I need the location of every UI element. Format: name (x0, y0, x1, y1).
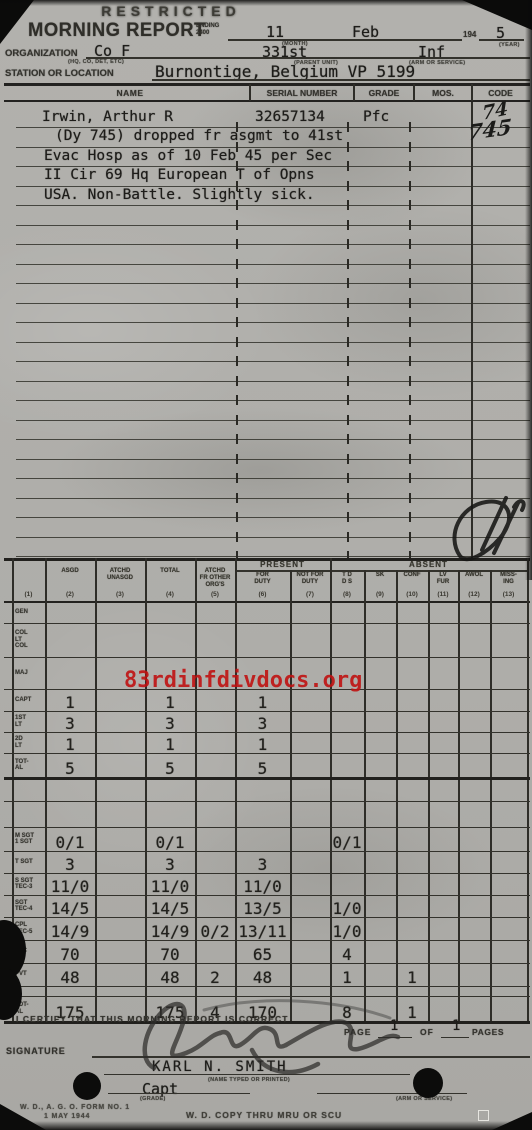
strength-col-number: (13) (490, 591, 527, 598)
strength-row-label: COLLTCOL (15, 630, 28, 650)
strength-col-number: (7) (290, 591, 330, 598)
col-name: NAME (20, 88, 240, 98)
ending-label: ENDING (196, 23, 219, 29)
strength-col-label: T DD S (330, 572, 364, 586)
strength-cell-value: 1 (145, 693, 195, 712)
record-column-tick (409, 142, 411, 152)
record-rule-line (16, 439, 530, 440)
year-prefix: 194 (463, 30, 476, 39)
strength-cell-value: 3 (45, 714, 95, 733)
strength-row-label: SGTTEC-4 (15, 900, 32, 913)
punch-hole-right (413, 1068, 443, 1098)
strength-row-line (4, 917, 530, 918)
strength-col-label: CONF (396, 572, 428, 579)
record-rule-line (16, 283, 530, 284)
record-column-tick (347, 298, 349, 308)
record-column-tick (236, 415, 238, 425)
record-column-tick (347, 122, 349, 132)
record-column-tick (236, 278, 238, 288)
record-column-tick (347, 415, 349, 425)
year-hint: (YEAR) (499, 42, 520, 48)
record-rule-line (16, 342, 530, 343)
strength-row-label: T SGT (15, 859, 33, 866)
watermark-text: 83rdinfdivdocs.org (124, 668, 362, 693)
strength-col-number: (3) (95, 591, 145, 598)
record-column-tick (347, 161, 349, 171)
pages-value: 1 (452, 1018, 460, 1034)
ending-value: 2400 (196, 30, 209, 36)
grade-underline (108, 1093, 250, 1094)
record-column-tick (409, 493, 411, 503)
strength-cell-value: 13/11 (235, 922, 290, 941)
strength-cell-value: 1 (145, 735, 195, 754)
record-column-tick (236, 220, 238, 230)
record-column-tick (236, 337, 238, 347)
strength-row-line (4, 895, 530, 896)
strength-cell-value: 3 (45, 855, 95, 874)
record-column-tick (236, 493, 238, 503)
strength-col-label: SK (364, 572, 396, 579)
strength-cell-value: 14/9 (45, 922, 95, 941)
record-column-tick (409, 259, 411, 269)
record-column-tick (236, 454, 238, 464)
record-rule-line (16, 322, 530, 323)
strength-cell-value: 1 (396, 968, 428, 987)
record-column-tick (409, 356, 411, 366)
strength-row-label: M SGT1 SGT (15, 833, 34, 846)
strength-cell-value: 11/0 (235, 877, 290, 896)
record-column-tick (236, 298, 238, 308)
strength-cell-value: 3 (145, 855, 195, 874)
strength-header-border (4, 601, 530, 603)
strength-row-label: CAPT (15, 697, 31, 704)
strength-row-line (4, 657, 530, 658)
record-rule-line (16, 478, 530, 479)
strength-cell-value: 0/1 (45, 833, 95, 852)
strength-cell-value: 1/0 (330, 922, 364, 941)
strength-col-number: (1) (12, 591, 45, 598)
record-rule-line (16, 303, 530, 304)
record-column-tick (409, 532, 411, 542)
strength-row-line (4, 732, 530, 733)
strength-row-line (4, 963, 530, 964)
record-column-tick (409, 298, 411, 308)
strength-col-label: ATCHDFR OTHERORG'S (195, 568, 235, 589)
strength-grid-vline (527, 558, 529, 1021)
strength-cell-value: 1/0 (330, 899, 364, 918)
signature-label: SIGNATURE (6, 1046, 66, 1056)
strength-grid-vline (95, 558, 97, 1021)
punch-square-outline (478, 1110, 489, 1121)
strength-col-number: (4) (145, 591, 195, 598)
organization-arm-hint: (ARM OR SERVICE) (409, 60, 465, 66)
strength-cell-value: 0/1 (330, 833, 364, 852)
record-column-tick (347, 493, 349, 503)
record-column-tick (347, 317, 349, 327)
col-grade: GRADE (355, 88, 413, 98)
strength-row-line (4, 827, 530, 828)
strength-col-label: ATCHDUNASGD (95, 568, 145, 582)
handwritten-initials (446, 492, 530, 572)
strength-cell-value: 3 (145, 714, 195, 733)
form-number: W. D., A. G. O. FORM NO. 1 (20, 1104, 130, 1111)
strength-col-number: (2) (45, 591, 95, 598)
date-underline (228, 39, 462, 41)
strength-row-label: GEN (15, 609, 28, 616)
strength-row-line (4, 873, 530, 874)
strength-col-label: AWOL (458, 572, 490, 579)
record-column-tick (347, 356, 349, 366)
record-column-tick (409, 337, 411, 347)
pages-label: PAGES (472, 1027, 504, 1037)
record-column-tick (409, 415, 411, 425)
organization-arm: Inf (418, 43, 445, 61)
record-column-tick (409, 278, 411, 288)
record-rule-line (16, 381, 530, 382)
form-date: 1 MAY 1944 (44, 1113, 90, 1120)
col-mos: MOS. (415, 88, 471, 98)
strength-cell-value: 70 (45, 945, 95, 964)
record-column-tick (236, 239, 238, 249)
record-column-tick (347, 142, 349, 152)
code-column-line (471, 102, 473, 558)
strength-cell-value: 1 (330, 968, 364, 987)
strength-col-number: (11) (428, 591, 458, 598)
entry-remark-line: (Dy 745) dropped fr asgmt to 41st (55, 128, 343, 144)
record-column-tick (409, 395, 411, 405)
strength-cell-value: 70 (145, 945, 195, 964)
strength-cell-value: 65 (235, 945, 290, 964)
organization-unit-hint: (HQ, CO, DET, ETC) (68, 59, 124, 65)
station-label: STATION OR LOCATION (5, 68, 114, 79)
record-rule-line (16, 420, 530, 421)
code-handwritten-2: 745 (467, 114, 512, 146)
strength-row-line (4, 777, 530, 780)
strength-cell-value: 14/5 (45, 899, 95, 918)
strength-cell-value: 48 (235, 968, 290, 987)
record-column-tick (347, 220, 349, 230)
record-column-tick (347, 532, 349, 542)
record-column-tick (347, 454, 349, 464)
strength-col-label: TOTAL (145, 568, 195, 575)
record-column-tick (236, 512, 238, 522)
record-column-tick (347, 395, 349, 405)
strength-grid-vline (290, 570, 292, 1021)
strength-row-label: 2DLT (15, 736, 23, 749)
record-rule-line (16, 361, 530, 362)
station-underline (152, 79, 530, 81)
strength-cell-value: 2 (195, 968, 235, 987)
record-column-tick (409, 161, 411, 171)
entry-name: Irwin, Arthur R (42, 109, 173, 125)
strength-cell-value: 3 (235, 855, 290, 874)
organization-parent: 331st (262, 43, 307, 61)
strength-cell-value: 5 (45, 759, 95, 778)
strength-grid-vline (490, 570, 492, 1021)
grade-hint: (GRADE) (140, 1096, 166, 1102)
strength-col-number: (8) (330, 591, 364, 598)
edge-shadow-top (0, 0, 532, 6)
strength-cell-value: 1 (235, 693, 290, 712)
record-column-tick (409, 454, 411, 464)
strength-grid-vline (396, 570, 398, 1021)
entry-remark-line: Evac Hosp as of 10 Feb 45 per Sec (44, 148, 332, 164)
record-column-tick (409, 473, 411, 483)
strength-col-label: ASGD (45, 568, 95, 575)
edge-shadow-bottom (0, 1121, 532, 1130)
record-column-tick (409, 317, 411, 327)
signature-scrawl (132, 988, 412, 1083)
record-column-tick (347, 376, 349, 386)
strength-col-number: (5) (195, 591, 235, 598)
strength-col-number: (9) (364, 591, 396, 598)
strength-col-label: LVFUR (428, 572, 458, 586)
record-column-tick (409, 239, 411, 249)
record-header-bottom-border (4, 100, 530, 102)
strength-row-label: S SGTTEC-3 (15, 878, 33, 891)
record-column-tick (236, 434, 238, 444)
col-code: CODE (473, 88, 528, 98)
record-column-tick (347, 473, 349, 483)
strength-grid-vline (364, 570, 366, 1021)
report-year-digit: 5 (496, 24, 505, 42)
strength-cell-value: 4 (330, 945, 364, 964)
record-column-tick (347, 200, 349, 210)
strength-cell-value: 48 (145, 968, 195, 987)
strength-col-number: (10) (396, 591, 428, 598)
record-column-tick (409, 512, 411, 522)
strength-cell-value: 0/1 (145, 833, 195, 852)
record-column-tick (347, 259, 349, 269)
strength-grid-vline (195, 558, 197, 1021)
record-column-tick (347, 239, 349, 249)
entry-grade: Pfc (363, 109, 389, 125)
record-rule-line (16, 205, 530, 206)
record-column-tick (347, 512, 349, 522)
strength-cell-value: 0/2 (195, 922, 235, 941)
record-column-tick (409, 200, 411, 210)
record-column-tick (236, 317, 238, 327)
form-title: MORNING REPORT (28, 20, 206, 42)
strength-cell-value: 1 (45, 735, 95, 754)
record-rule-line (16, 225, 530, 226)
punch-hole-left (73, 1072, 101, 1100)
record-column-tick (409, 181, 411, 191)
record-column-tick (409, 220, 411, 230)
strength-col-label: MISS-ING (490, 572, 527, 586)
record-rule-line (16, 459, 530, 460)
strength-cell-value: 14/9 (145, 922, 195, 941)
record-column-tick (236, 532, 238, 542)
record-column-tick (236, 259, 238, 269)
strength-row-label: TOT-AL (15, 759, 29, 772)
strength-grid-vline (458, 570, 460, 1021)
strength-cell-value: 3 (235, 714, 290, 733)
entry-serial-number: 32657134 (255, 109, 325, 125)
pages-underline (441, 1037, 469, 1038)
strength-cell-value: 11/0 (45, 877, 95, 896)
record-column-tick (236, 473, 238, 483)
strength-row-line (4, 801, 530, 802)
organization-unit: Co F (94, 42, 130, 60)
strength-cell-value: 1 (235, 735, 290, 754)
strength-cell-value: 14/5 (145, 899, 195, 918)
strength-col-label: FORDUTY (235, 572, 290, 586)
strength-row-label: 1STLT (15, 715, 26, 728)
strength-row-line (4, 623, 530, 624)
strength-cell-value: 1 (45, 693, 95, 712)
strength-grid-vline (428, 570, 430, 1021)
report-day: 11 (266, 23, 284, 41)
strength-row-line (4, 711, 530, 712)
record-column-tick (409, 122, 411, 132)
record-column-tick (347, 181, 349, 191)
strength-cell-value: 11/0 (145, 877, 195, 896)
morning-report-document: RESTRICTED MORNING REPORT ENDING 2400 11… (0, 0, 532, 1130)
record-column-tick (236, 376, 238, 386)
strength-row-line (4, 851, 530, 852)
record-column-tick (409, 434, 411, 444)
strength-row-label: MAJ (15, 670, 28, 677)
record-column-tick (236, 356, 238, 366)
strength-row-line (4, 753, 530, 754)
record-column-tick (347, 434, 349, 444)
strength-row-line (4, 940, 530, 941)
record-column-tick (236, 395, 238, 405)
organization-underline (86, 57, 530, 59)
record-rule-line (16, 264, 530, 265)
of-label: OF (420, 1027, 434, 1037)
record-column-tick (347, 278, 349, 288)
strength-cell-value: 13/5 (235, 899, 290, 918)
strength-cell-value: 5 (145, 759, 195, 778)
strength-cell-value: 5 (235, 759, 290, 778)
strength-cell-value: 48 (45, 968, 95, 987)
report-month: Feb (352, 23, 379, 41)
record-column-tick (347, 337, 349, 347)
record-header-top-border (4, 83, 530, 86)
record-rule-line (16, 244, 530, 245)
copy-note: W. D. COPY THRU MRU OR SCU (186, 1110, 342, 1120)
strength-col-number: (6) (235, 591, 290, 598)
arm-underline (317, 1093, 467, 1094)
organization-label: ORGANIZATION (5, 48, 78, 59)
strength-col-label: NOT FORDUTY (290, 572, 330, 586)
present-group-header: PRESENT (235, 561, 330, 568)
col-serial-number: SERIAL NUMBER (251, 88, 353, 98)
strength-col-number: (12) (458, 591, 490, 598)
entry-remark-line: USA. Non-Battle. Slightly sick. (44, 187, 315, 203)
record-rule-line (16, 400, 530, 401)
record-column-tick (409, 376, 411, 386)
entry-remark-line: II Cir 69 Hq European T of Opns (44, 167, 315, 183)
